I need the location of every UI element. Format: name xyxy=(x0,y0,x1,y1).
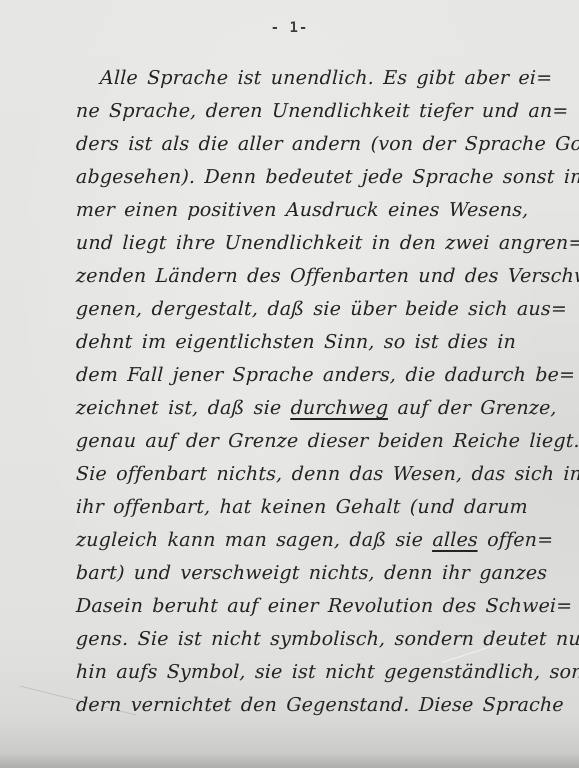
manuscript-line: zeichnet ist, daß sie durchweg auf der G… xyxy=(75,392,546,425)
text-segment: genau auf der Grenze dieser beiden Reich… xyxy=(76,430,579,452)
manuscript-line: dehnt im eigentlichsten Sinn, so ist die… xyxy=(75,326,546,359)
text-segment: ne Sprache, deren Unendlichkeit tiefer u… xyxy=(76,100,569,122)
text-segment: zenden Ländern des Offenbarten und des V… xyxy=(76,265,579,287)
text-segment: dern vernichtet den Gegenstand. Diese Sp… xyxy=(76,694,565,716)
manuscript-line: bart) und verschweigt nichts, denn ihr g… xyxy=(75,557,546,590)
text-segment: Sie offenbart nichts, denn das Wesen, da… xyxy=(76,463,579,485)
underlined-word: durchweg xyxy=(290,397,388,419)
manuscript-line: Alle Sprache ist unendlich. Es gibt aber… xyxy=(75,62,546,95)
text-segment: ders ist als die aller andern (von der S… xyxy=(76,133,579,155)
text-segment: offen= xyxy=(478,529,554,551)
manuscript-line: ne Sprache, deren Unendlichkeit tiefer u… xyxy=(75,95,546,128)
text-segment: mer einen positiven Ausdruck eines Wesen… xyxy=(76,199,529,221)
manuscript-line: gens. Sie ist nicht symbolisch, sondern … xyxy=(75,623,546,656)
text-segment: dehnt im eigentlichsten Sinn, so ist die… xyxy=(76,331,517,353)
manuscript-line: Sie offenbart nichts, denn das Wesen, da… xyxy=(75,458,546,491)
text-segment: gens. Sie ist nicht symbolisch, sondern … xyxy=(76,628,579,650)
text-segment: dem Fall jener Sprache anders, die dadur… xyxy=(76,364,576,386)
manuscript-line: zenden Ländern des Offenbarten und des V… xyxy=(75,260,546,293)
manuscript-line: hin aufs Symbol, sie ist nicht gegenstän… xyxy=(75,656,546,689)
underlined-word: alles xyxy=(432,529,478,551)
manuscript-line: mer einen positiven Ausdruck eines Wesen… xyxy=(75,194,546,227)
manuscript-text: Alle Sprache ist unendlich. Es gibt aber… xyxy=(76,62,546,722)
text-segment: Dasein beruht auf einer Revolution des S… xyxy=(76,595,573,617)
manuscript-page: - 1- Alle Sprache ist unendlich. Es gibt… xyxy=(0,0,579,768)
manuscript-line: Dasein beruht auf einer Revolution des S… xyxy=(75,590,546,623)
manuscript-line: ders ist als die aller andern (von der S… xyxy=(75,128,546,161)
text-segment: ihr offenbart, hat keinen Gehalt (und da… xyxy=(76,496,529,518)
text-segment: abgesehen). Denn bedeutet jede Sprache s… xyxy=(76,166,579,188)
text-segment: bart) und verschweigt nichts, denn ihr g… xyxy=(76,562,548,584)
text-segment: hin aufs Symbol, sie ist nicht gegenstän… xyxy=(76,661,579,683)
text-segment: Alle Sprache ist unendlich. Es gibt aber… xyxy=(100,67,553,89)
manuscript-line: genen, dergestalt, daß sie über beide si… xyxy=(75,293,546,326)
text-segment: zugleich kann man sagen, daß sie xyxy=(76,529,433,551)
manuscript-line: abgesehen). Denn bedeutet jede Sprache s… xyxy=(75,161,546,194)
text-segment: genen, dergestalt, daß sie über beide si… xyxy=(76,298,568,320)
manuscript-line: und liegt ihre Unendlichkeit in den zwei… xyxy=(75,227,546,260)
page-number: - 1- xyxy=(0,20,579,36)
manuscript-line: dern vernichtet den Gegenstand. Diese Sp… xyxy=(75,689,546,722)
text-segment: und liegt ihre Unendlichkeit in den zwei… xyxy=(76,232,579,254)
manuscript-line: dem Fall jener Sprache anders, die dadur… xyxy=(75,359,546,392)
manuscript-line: zugleich kann man sagen, daß sie alles o… xyxy=(75,524,546,557)
manuscript-line: genau auf der Grenze dieser beiden Reich… xyxy=(75,425,546,458)
text-segment: zeichnet ist, daß sie xyxy=(76,397,291,419)
text-segment: auf der Grenze, xyxy=(388,397,557,419)
manuscript-line: ihr offenbart, hat keinen Gehalt (und da… xyxy=(75,491,546,524)
